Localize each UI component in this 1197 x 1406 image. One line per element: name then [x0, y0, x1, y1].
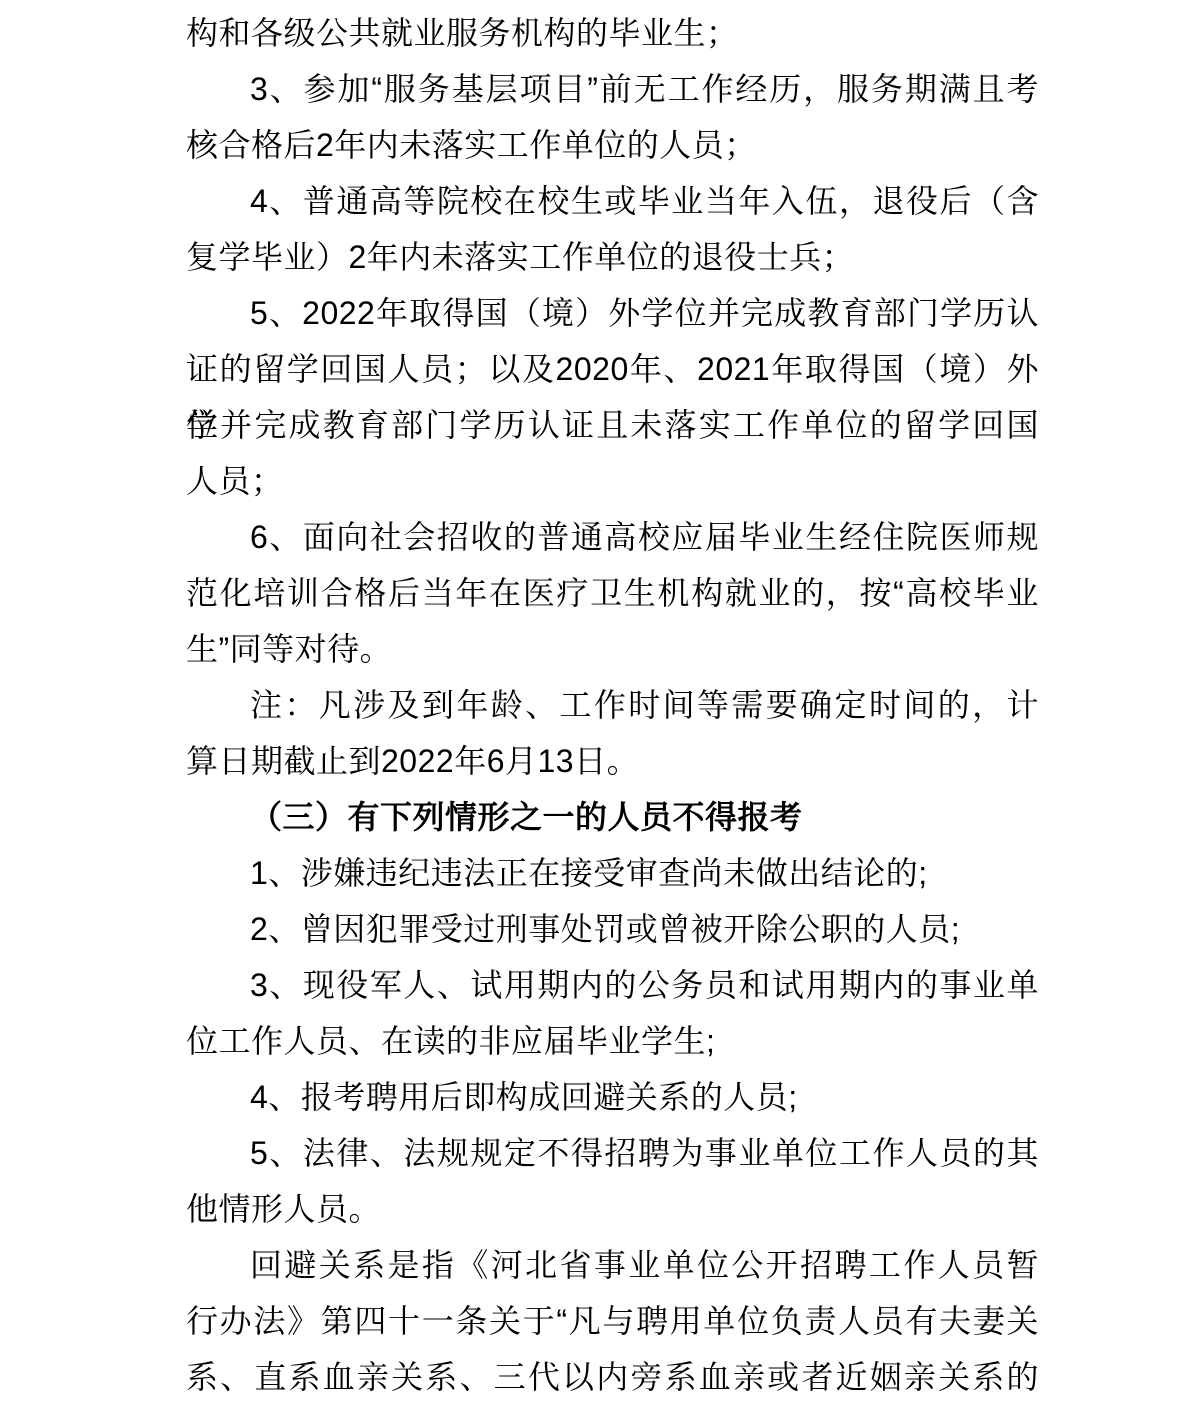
paragraph: 回避关系是指《河北省事业单位公开招聘工作人员暂行办法》第四十一条关于“凡与聘用单… — [186, 1237, 1039, 1405]
paragraph: 构和各级公共就业服务机构的毕业生； — [186, 5, 1039, 61]
text-line: 4、报考聘用后即构成回避关系的人员; — [186, 1069, 1039, 1125]
text-line: 证的留学回国人员；以及2020年、2021年取得国（境）外学 — [186, 341, 1039, 397]
text-line: 5、2022年取得国（境）外学位并完成教育部门学历认 — [186, 285, 1039, 341]
text-line: 3、现役军人、试用期内的公务员和试用期内的事业单 — [186, 957, 1039, 1013]
text-line: 复学毕业）2年内未落实工作单位的退役士兵； — [186, 229, 1039, 285]
text-line: 6、面向社会招收的普通高校应届毕业生经住院医师规 — [186, 509, 1039, 565]
text-line: 位并完成教育部门学历认证且未落实工作单位的留学回国 — [186, 397, 1039, 453]
paragraph: 注：凡涉及到年龄、工作时间等需要确定时间的，计算日期截止到2022年6月13日。 — [186, 677, 1039, 789]
text-line: 3、参加“服务基层项目”前无工作经历，服务期满且考 — [186, 61, 1039, 117]
paragraph: 4、普通高等院校在校生或毕业当年入伍，退役后（含复学毕业）2年内未落实工作单位的… — [186, 173, 1039, 285]
text-line: 注：凡涉及到年龄、工作时间等需要确定时间的，计 — [186, 677, 1039, 733]
text-line: 构和各级公共就业服务机构的毕业生； — [186, 5, 1039, 61]
text-line: 4、普通高等院校在校生或毕业当年入伍，退役后（含 — [186, 173, 1039, 229]
paragraph: 5、法律、法规规定不得招聘为事业单位工作人员的其他情形人员。 — [186, 1125, 1039, 1237]
paragraph: 4、报考聘用后即构成回避关系的人员; — [186, 1069, 1039, 1125]
paragraph: 3、参加“服务基层项目”前无工作经历，服务期满且考核合格后2年内未落实工作单位的… — [186, 61, 1039, 173]
paragraph: 5、2022年取得国（境）外学位并完成教育部门学历认证的留学回国人员；以及202… — [186, 285, 1039, 509]
text-line: 生”同等对待。 — [186, 621, 1039, 677]
text-line: 核合格后2年内未落实工作单位的人员； — [186, 117, 1039, 173]
text-line: 系、直系血亲关系、三代以内旁系血亲或者近姻亲关系的 — [186, 1349, 1039, 1405]
text-line: 位工作人员、在读的非应届毕业学生; — [186, 1013, 1039, 1069]
section-heading: （三）有下列情形之一的人员不得报考 — [186, 789, 1039, 845]
text-line: 算日期截止到2022年6月13日。 — [186, 733, 1039, 789]
text-line: 人员； — [186, 453, 1039, 509]
document-page: 构和各级公共就业服务机构的毕业生；3、参加“服务基层项目”前无工作经历，服务期满… — [0, 0, 1197, 1406]
text-line: （三）有下列情形之一的人员不得报考 — [186, 789, 1039, 845]
text-line: 1、涉嫌违纪违法正在接受审查尚未做出结论的; — [186, 845, 1039, 901]
text-line: 5、法律、法规规定不得招聘为事业单位工作人员的其 — [186, 1125, 1039, 1181]
text-line: 范化培训合格后当年在医疗卫生机构就业的，按“高校毕业 — [186, 565, 1039, 621]
text-line: 他情形人员。 — [186, 1181, 1039, 1237]
text-line: 2、曾因犯罪受过刑事处罚或曾被开除公职的人员; — [186, 901, 1039, 957]
text-line: 回避关系是指《河北省事业单位公开招聘工作人员暂 — [186, 1237, 1039, 1293]
document-body: 构和各级公共就业服务机构的毕业生；3、参加“服务基层项目”前无工作经历，服务期满… — [186, 5, 1039, 1405]
paragraph: 1、涉嫌违纪违法正在接受审查尚未做出结论的; — [186, 845, 1039, 901]
paragraph: 2、曾因犯罪受过刑事处罚或曾被开除公职的人员; — [186, 901, 1039, 957]
paragraph: 6、面向社会招收的普通高校应届毕业生经住院医师规范化培训合格后当年在医疗卫生机构… — [186, 509, 1039, 677]
text-line: 行办法》第四十一条关于“凡与聘用单位负责人员有夫妻关 — [186, 1293, 1039, 1349]
paragraph: 3、现役军人、试用期内的公务员和试用期内的事业单位工作人员、在读的非应届毕业学生… — [186, 957, 1039, 1069]
